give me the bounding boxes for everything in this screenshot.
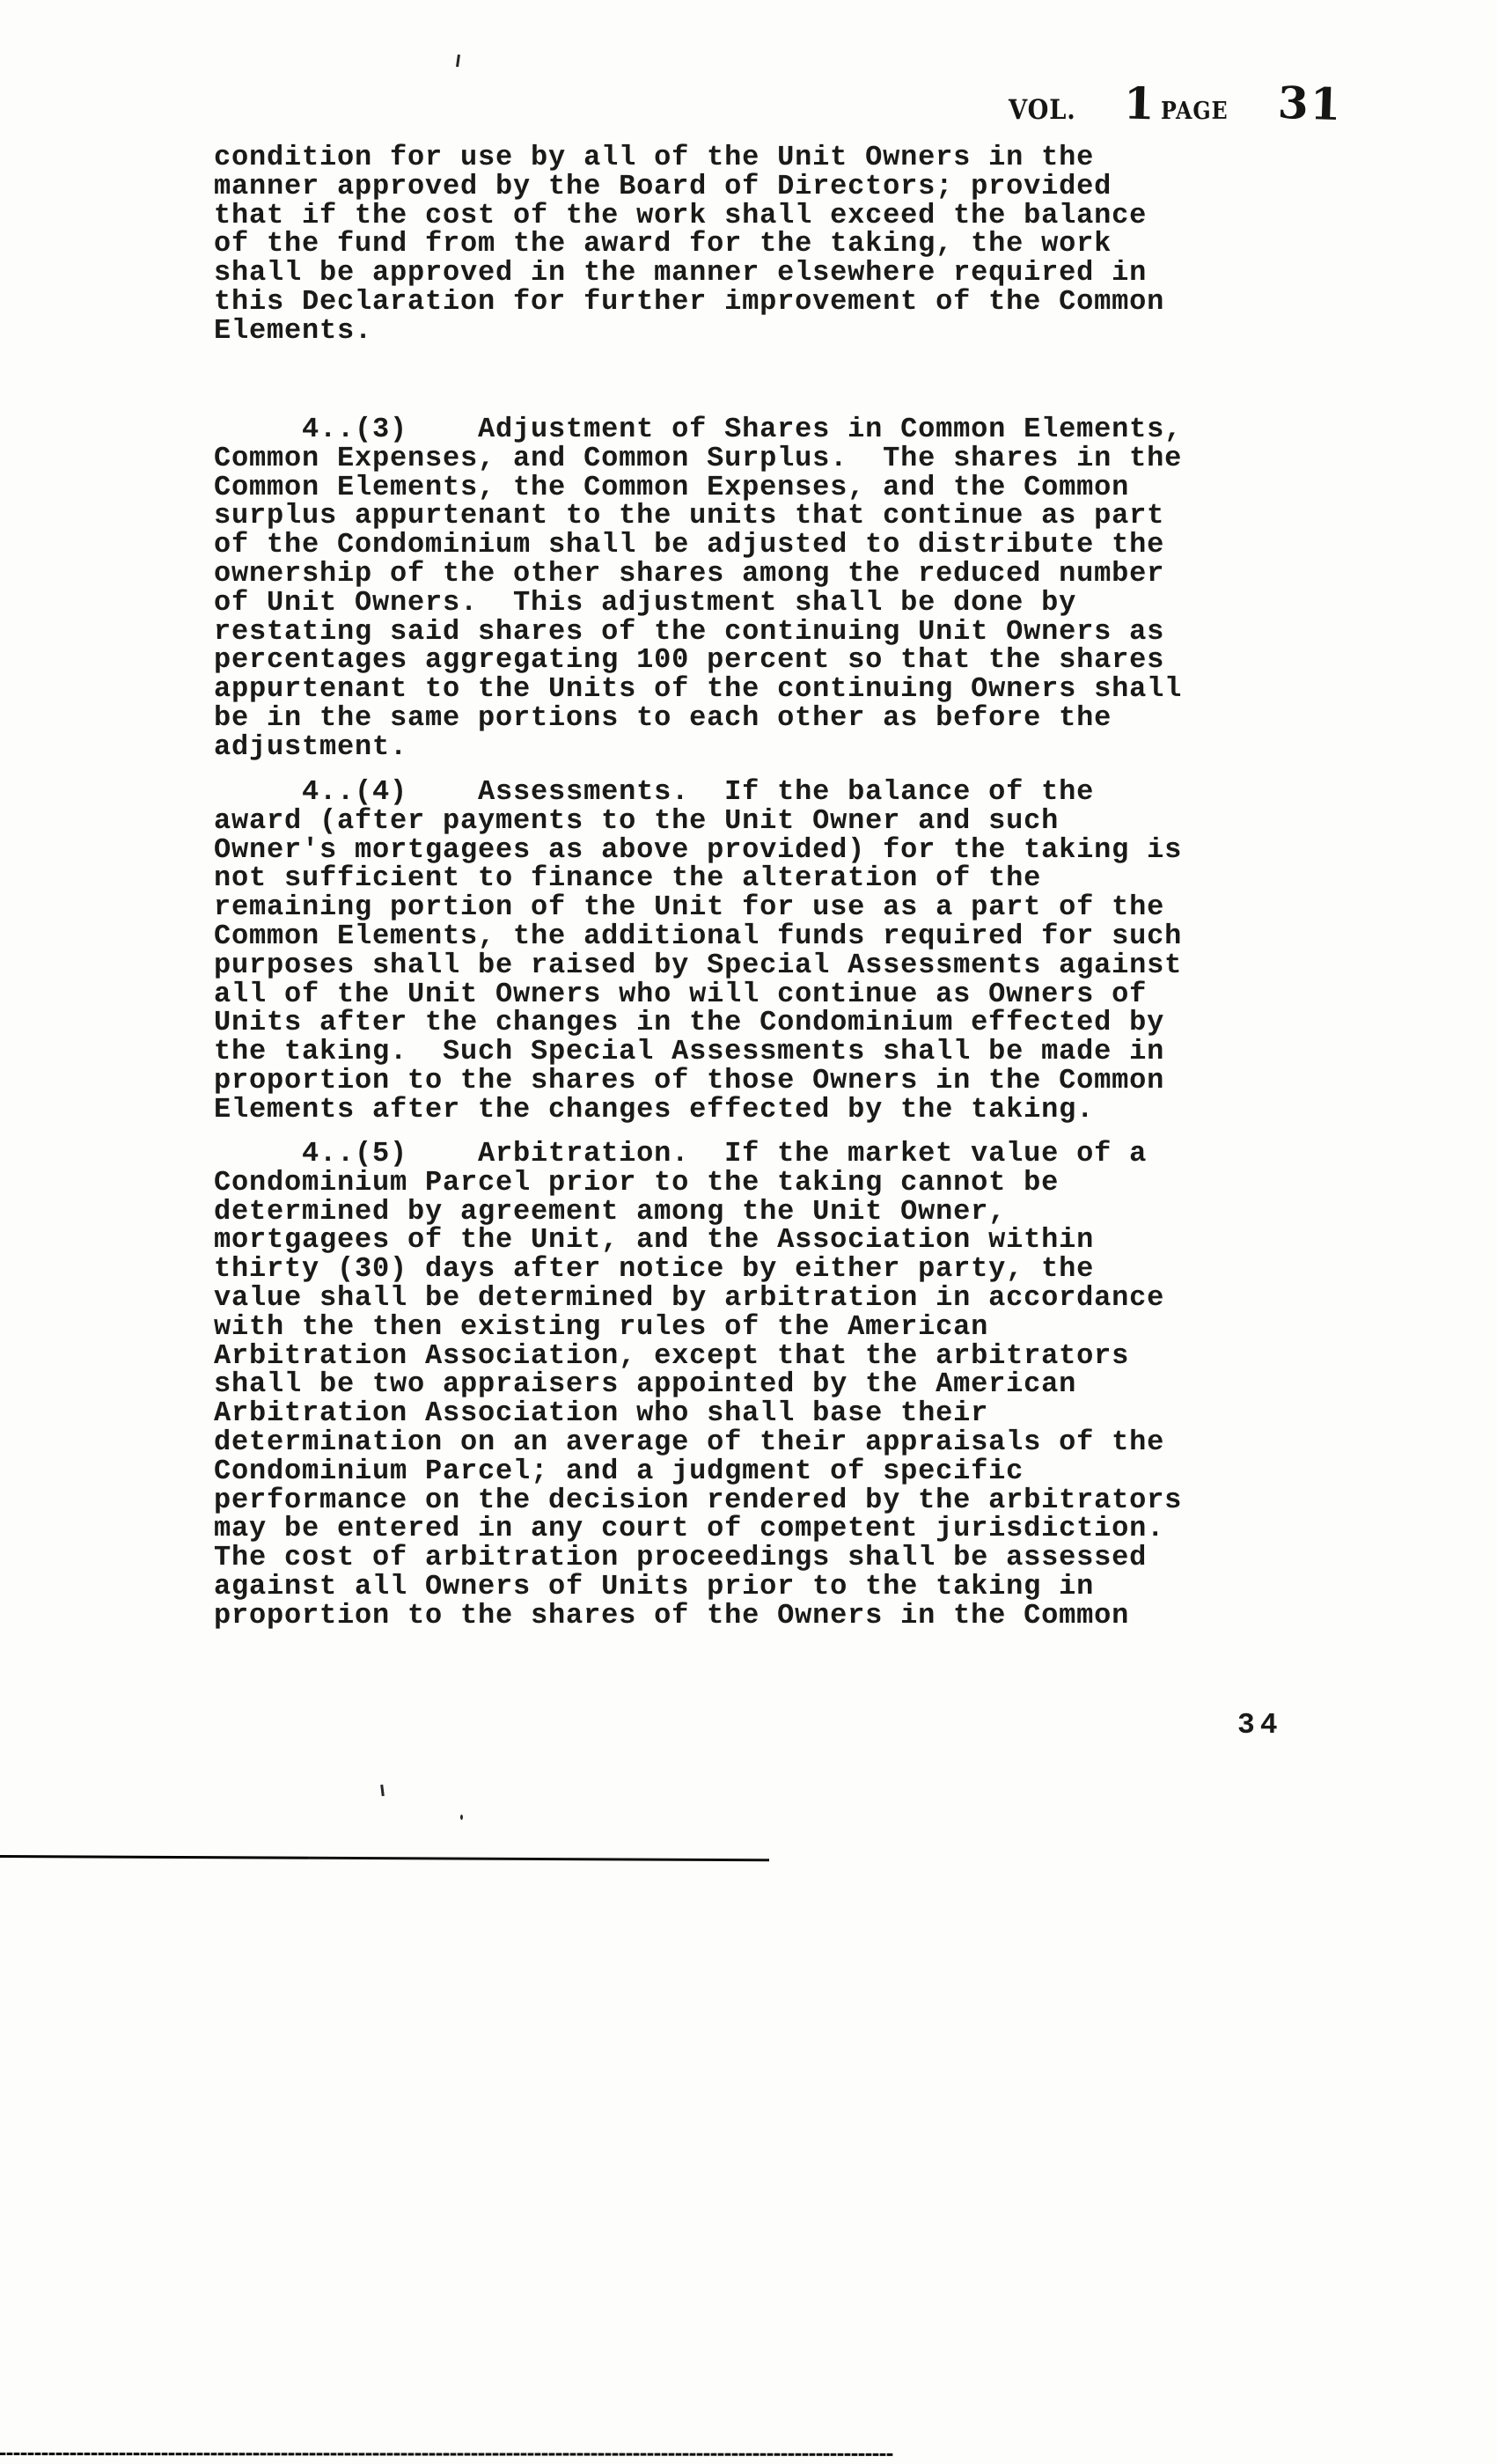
text-line: determination on an average of their app… [214, 1428, 1182, 1457]
text-line: Units after the changes in the Condomini… [214, 1008, 1182, 1038]
text-line: mortgagees of the Unit, and the Associat… [214, 1226, 1182, 1255]
text-line: restating said shares of the continuing … [214, 618, 1182, 647]
paragraph-section-4-3: 4..(3) Adjustment of Shares in Common El… [214, 415, 1182, 762]
sheet-page-number: 34 [1237, 1709, 1283, 1742]
text-line: Arbitration Association who shall base t… [214, 1399, 1182, 1428]
text-line: 4..(3) Adjustment of Shares in Common El… [214, 415, 1182, 444]
text-line: be in the same portions to each other as… [214, 704, 1182, 733]
text-line: 4..(4) Assessments. If the balance of th… [214, 778, 1182, 807]
text-line: shall be two appraisers appointed by the… [214, 1370, 1182, 1399]
scan-speck [460, 1815, 463, 1820]
text-line: proportion to the shares of those Owners… [214, 1067, 1182, 1096]
text-line: thirty (30) days after notice by either … [214, 1255, 1182, 1284]
text-line: Common Elements, the Common Expenses, an… [214, 473, 1182, 502]
scan-speck [456, 55, 460, 67]
paragraph-continuation: condition for use by all of the Unit Own… [214, 143, 1164, 346]
text-line: Common Expenses, and Common Surplus. The… [214, 444, 1182, 473]
text-line: Condominium Parcel; and a judgment of sp… [214, 1457, 1182, 1486]
text-line: Arbitration Association, except that the… [214, 1342, 1182, 1371]
page-number-stamp: 31 [1277, 77, 1344, 131]
text-line: Elements. [214, 317, 1164, 346]
text-line: percentages aggregating 100 percent so t… [214, 646, 1182, 675]
text-line: Elements after the changes effected by t… [214, 1096, 1182, 1125]
text-line: Owner's mortgagees as above provided) fo… [214, 836, 1182, 865]
text-line: determined by agreement among the Unit O… [214, 1198, 1182, 1227]
vol-label: VOL. [1009, 94, 1076, 126]
text-line: 4..(5) Arbitration. If the market value … [214, 1140, 1182, 1169]
text-line: performance on the decision rendered by … [214, 1486, 1182, 1515]
vol-number: 1 [1123, 77, 1156, 130]
text-line: appurtenant to the Units of the continui… [214, 675, 1182, 704]
text-line: of the fund from the award for the takin… [214, 230, 1164, 259]
text-line: may be entered in any court of competent… [214, 1514, 1182, 1544]
text-line: remaining portion of the Unit for use as… [214, 893, 1182, 922]
text-line: Common Elements, the additional funds re… [214, 922, 1182, 951]
text-line: all of the Unit Owners who will continue… [214, 980, 1182, 1009]
text-line: Condominium Parcel prior to the taking c… [214, 1169, 1182, 1198]
text-line: the taking. Such Special Assessments sha… [214, 1038, 1182, 1067]
text-line: of Unit Owners. This adjustment shall be… [214, 589, 1182, 618]
scanned-document-page: VOL. 1 PAGE 31 condition for use by all … [0, 0, 1497, 2464]
text-line: shall be approved in the manner elsewher… [214, 259, 1164, 288]
scan-speck [380, 1785, 385, 1796]
text-line: against all Owners of Units prior to the… [214, 1573, 1182, 1602]
paragraph-section-4-4: 4..(4) Assessments. If the balance of th… [214, 778, 1182, 1125]
text-line: of the Condominium shall be adjusted to … [214, 531, 1182, 560]
text-line: proportion to the shares of the Owners i… [214, 1602, 1182, 1631]
scan-artifact-line-bottom [0, 2453, 893, 2456]
scan-artifact-line [0, 1855, 769, 1861]
text-line: value shall be determined by arbitration… [214, 1284, 1182, 1313]
volume-page-stamp: VOL. 1 PAGE 31 [1009, 77, 1342, 129]
text-line: purposes shall be raised by Special Asse… [214, 951, 1182, 980]
text-line: condition for use by all of the Unit Own… [214, 143, 1164, 172]
paragraph-section-4-5: 4..(5) Arbitration. If the market value … [214, 1140, 1182, 1631]
text-line: adjustment. [214, 733, 1182, 762]
text-line: award (after payments to the Unit Owner … [214, 807, 1182, 836]
text-line: surplus appurtenant to the units that co… [214, 502, 1182, 531]
text-line: this Declaration for further improvement… [214, 288, 1164, 317]
text-line: manner approved by the Board of Director… [214, 172, 1164, 202]
text-line: not sufficient to finance the alteration… [214, 864, 1182, 893]
text-line: that if the cost of the work shall excee… [214, 202, 1164, 231]
text-line: ownership of the other shares among the … [214, 560, 1182, 589]
text-line: with the then existing rules of the Amer… [214, 1313, 1182, 1342]
page-label: PAGE [1161, 98, 1229, 125]
text-line: The cost of arbitration proceedings shal… [214, 1544, 1182, 1573]
